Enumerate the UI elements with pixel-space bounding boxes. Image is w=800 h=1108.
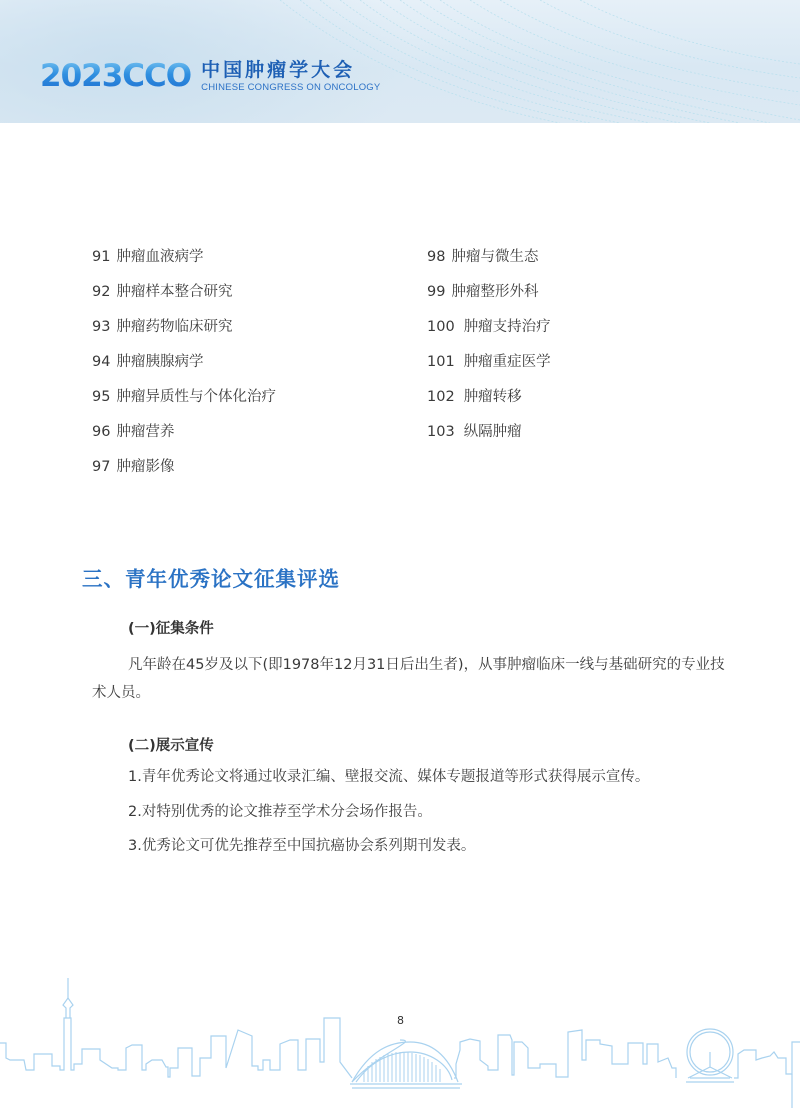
topic-column-left: 91肿瘤血液病学 92肿瘤样本整合研究 93肿瘤药物临床研究 94肿瘤胰腺病学 …	[92, 247, 276, 492]
topic-item: 101肿瘤重症医学	[427, 352, 551, 387]
header-banner: 2023CCO 中国肿瘤学大会 CHINESE CONGRESS ON ONCO…	[0, 0, 800, 123]
topic-item: 103纵隔肿瘤	[427, 422, 551, 457]
topic-label: 肿瘤与微生态	[451, 249, 538, 265]
topic-label: 肿瘤营养	[116, 424, 174, 440]
city-skyline-decoration	[0, 960, 800, 1108]
logo-text: 中国肿瘤学大会 CHINESE CONGRESS ON ONCOLOGY	[201, 59, 380, 93]
topic-number: 98	[427, 249, 445, 265]
topic-item: 99肿瘤整形外科	[427, 282, 551, 317]
section-heading: 三、青年优秀论文征集评选	[82, 562, 340, 592]
subsection-heading-eligibility: (一)征集条件	[128, 617, 214, 638]
topic-number: 103	[427, 424, 455, 440]
promotion-item: 3.优秀论文可优先推荐至中国抗癌协会系列期刊发表。	[128, 834, 475, 855]
cco-logo: 2023CCO 中国肿瘤学大会 CHINESE CONGRESS ON ONCO…	[40, 58, 380, 94]
topic-item: 91肿瘤血液病学	[92, 247, 276, 282]
topic-number: 93	[92, 319, 110, 335]
topic-label: 纵隔肿瘤	[464, 424, 522, 440]
topic-item: 97肿瘤影像	[92, 457, 276, 492]
logo-mark: 2023CCO	[40, 58, 191, 94]
promotion-item: 1.青年优秀论文将通过收录汇编、壁报交流、媒体专题报道等形式获得展示宣传。	[128, 765, 649, 786]
topic-number: 97	[92, 459, 110, 475]
topic-label: 肿瘤药物临床研究	[116, 319, 232, 335]
logo-english-title: CHINESE CONGRESS ON ONCOLOGY	[201, 82, 380, 93]
topic-number: 92	[92, 284, 110, 300]
topic-item: 95肿瘤异质性与个体化治疗	[92, 387, 276, 422]
topic-label: 肿瘤支持治疗	[464, 319, 551, 335]
eligibility-paragraph: 凡年龄在45岁及以下(即1978年12月31日后出生者)，从事肿瘤临床一线与基础…	[92, 651, 732, 707]
topic-item: 102肿瘤转移	[427, 387, 551, 422]
topic-number: 95	[92, 389, 110, 405]
topic-number: 94	[92, 354, 110, 370]
page-number: 8	[397, 1014, 404, 1027]
topic-label: 肿瘤血液病学	[116, 249, 203, 265]
topic-item: 94肿瘤胰腺病学	[92, 352, 276, 387]
topic-number: 96	[92, 424, 110, 440]
topic-label: 肿瘤影像	[116, 459, 174, 475]
topic-item: 98肿瘤与微生态	[427, 247, 551, 282]
topic-item: 92肿瘤样本整合研究	[92, 282, 276, 317]
topic-number: 100	[427, 319, 455, 335]
topic-number: 102	[427, 389, 455, 405]
topic-label: 肿瘤样本整合研究	[116, 284, 232, 300]
promotion-item: 2.对特别优秀的论文推荐至学术分会场作报告。	[128, 800, 432, 821]
topic-column-right: 98肿瘤与微生态 99肿瘤整形外科 100肿瘤支持治疗 101肿瘤重症医学 10…	[427, 247, 551, 457]
logo-chinese-title: 中国肿瘤学大会	[201, 59, 380, 81]
topic-item: 93肿瘤药物临床研究	[92, 317, 276, 352]
topic-label: 肿瘤整形外科	[451, 284, 538, 300]
topic-item: 100肿瘤支持治疗	[427, 317, 551, 352]
topic-number: 99	[427, 284, 445, 300]
topic-label: 肿瘤重症医学	[464, 354, 551, 370]
topic-item: 96肿瘤营养	[92, 422, 276, 457]
subsection-heading-promotion: (二)展示宣传	[128, 734, 214, 755]
topic-number: 91	[92, 249, 110, 265]
topic-label: 肿瘤异质性与个体化治疗	[116, 389, 276, 405]
topic-label: 肿瘤胰腺病学	[116, 354, 203, 370]
topic-label: 肿瘤转移	[464, 389, 522, 405]
topic-number: 101	[427, 354, 455, 370]
